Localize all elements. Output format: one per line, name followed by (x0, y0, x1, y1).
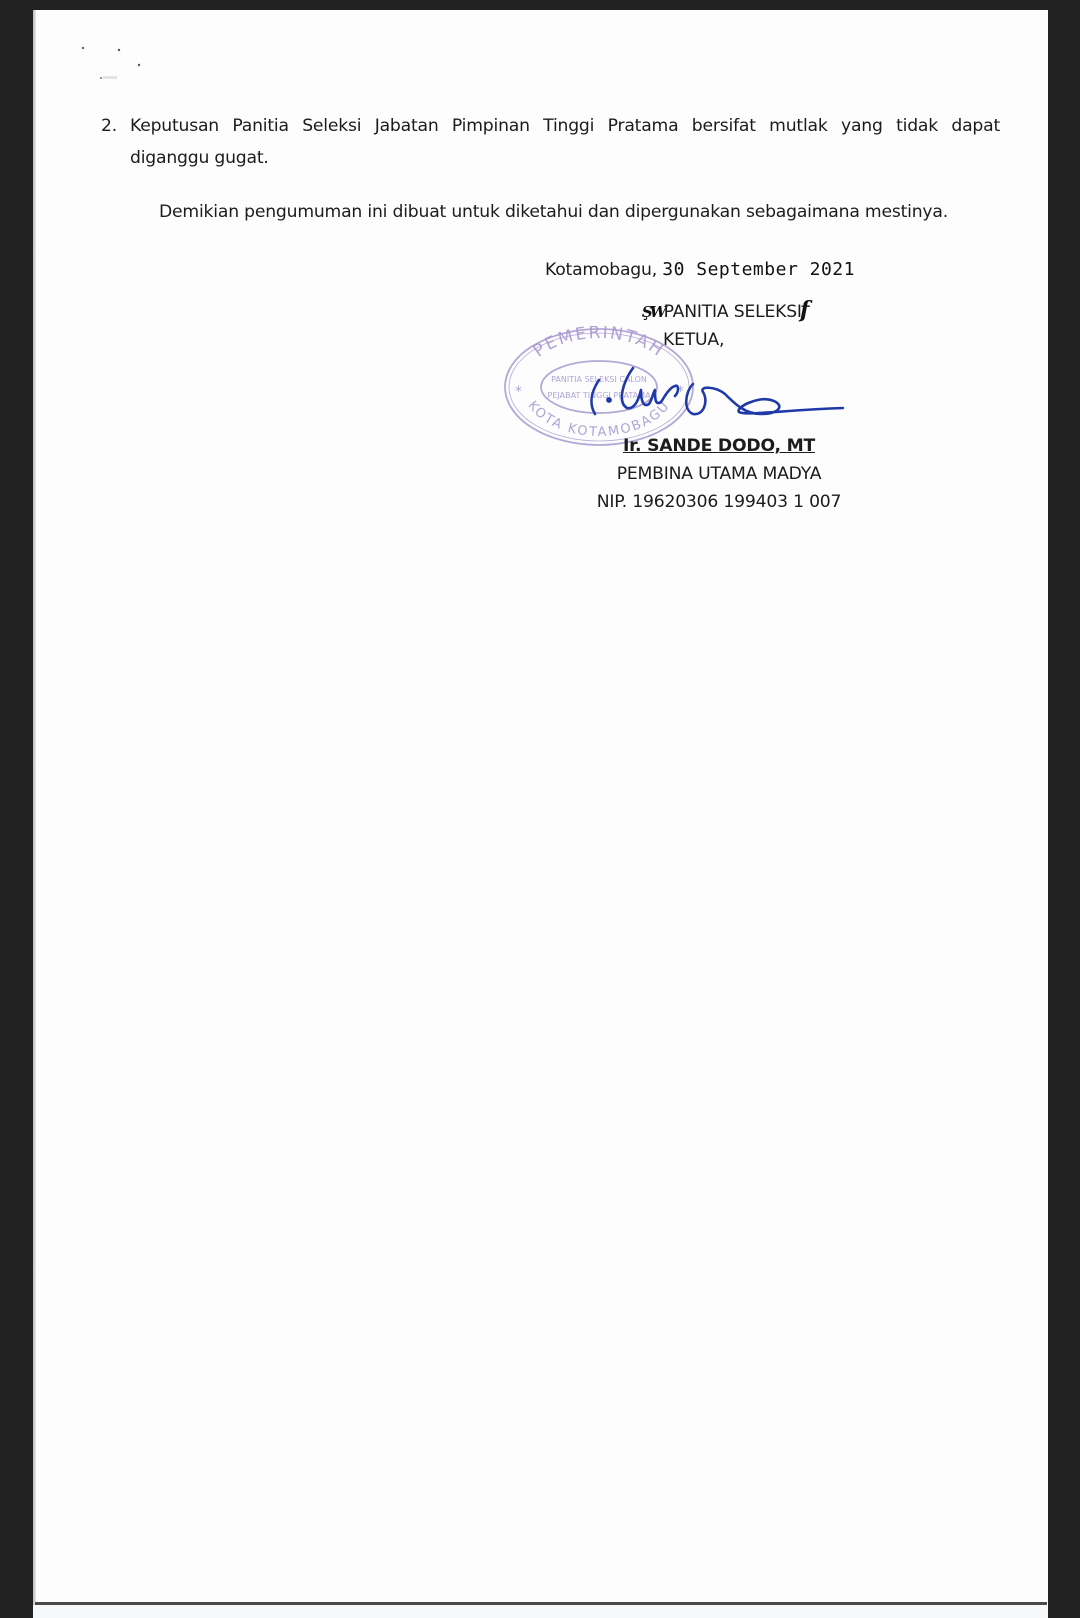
list-item-text-continued: diganggu gugat. (130, 148, 269, 169)
signatory-nip: NIP. 19620306 199403 1 007 (574, 492, 864, 513)
paraf-left: ŞW (642, 303, 664, 321)
page-edge-shadow (33, 10, 36, 1605)
signatory-rank: PEMBINA UTAMA MADYA (593, 464, 845, 485)
closing-sentence: Demikian pengumuman ini dibuat untuk dik… (159, 202, 948, 223)
committee-name: PANITIA SELEKSI (664, 302, 802, 322)
committee-title: ŞWPANITIA SELEKSIf (608, 297, 843, 323)
svg-text:PEMERINTAH: PEMERINTAH (530, 326, 668, 362)
place-name: Kotamobagu, (545, 260, 657, 280)
handwritten-signature (585, 362, 845, 428)
signatory-name: Ir. SANDE DODO, MT (599, 436, 839, 457)
list-item-number: 2. (101, 116, 117, 137)
list-item-text: Keputusan Panitia Seleksi Jabatan Pimpin… (130, 116, 1000, 137)
paraf-right: f (800, 297, 809, 323)
place-date: Kotamobagu, 30 September 2021 (545, 259, 855, 281)
document-page: 2. Keputusan Panitia Seleksi Jabatan Pim… (33, 10, 1048, 1618)
svg-text:*: * (515, 384, 522, 400)
handwritten-date: 30 September 2021 (662, 259, 855, 280)
next-page-edge (33, 1605, 1048, 1618)
scan-specks (33, 10, 233, 90)
